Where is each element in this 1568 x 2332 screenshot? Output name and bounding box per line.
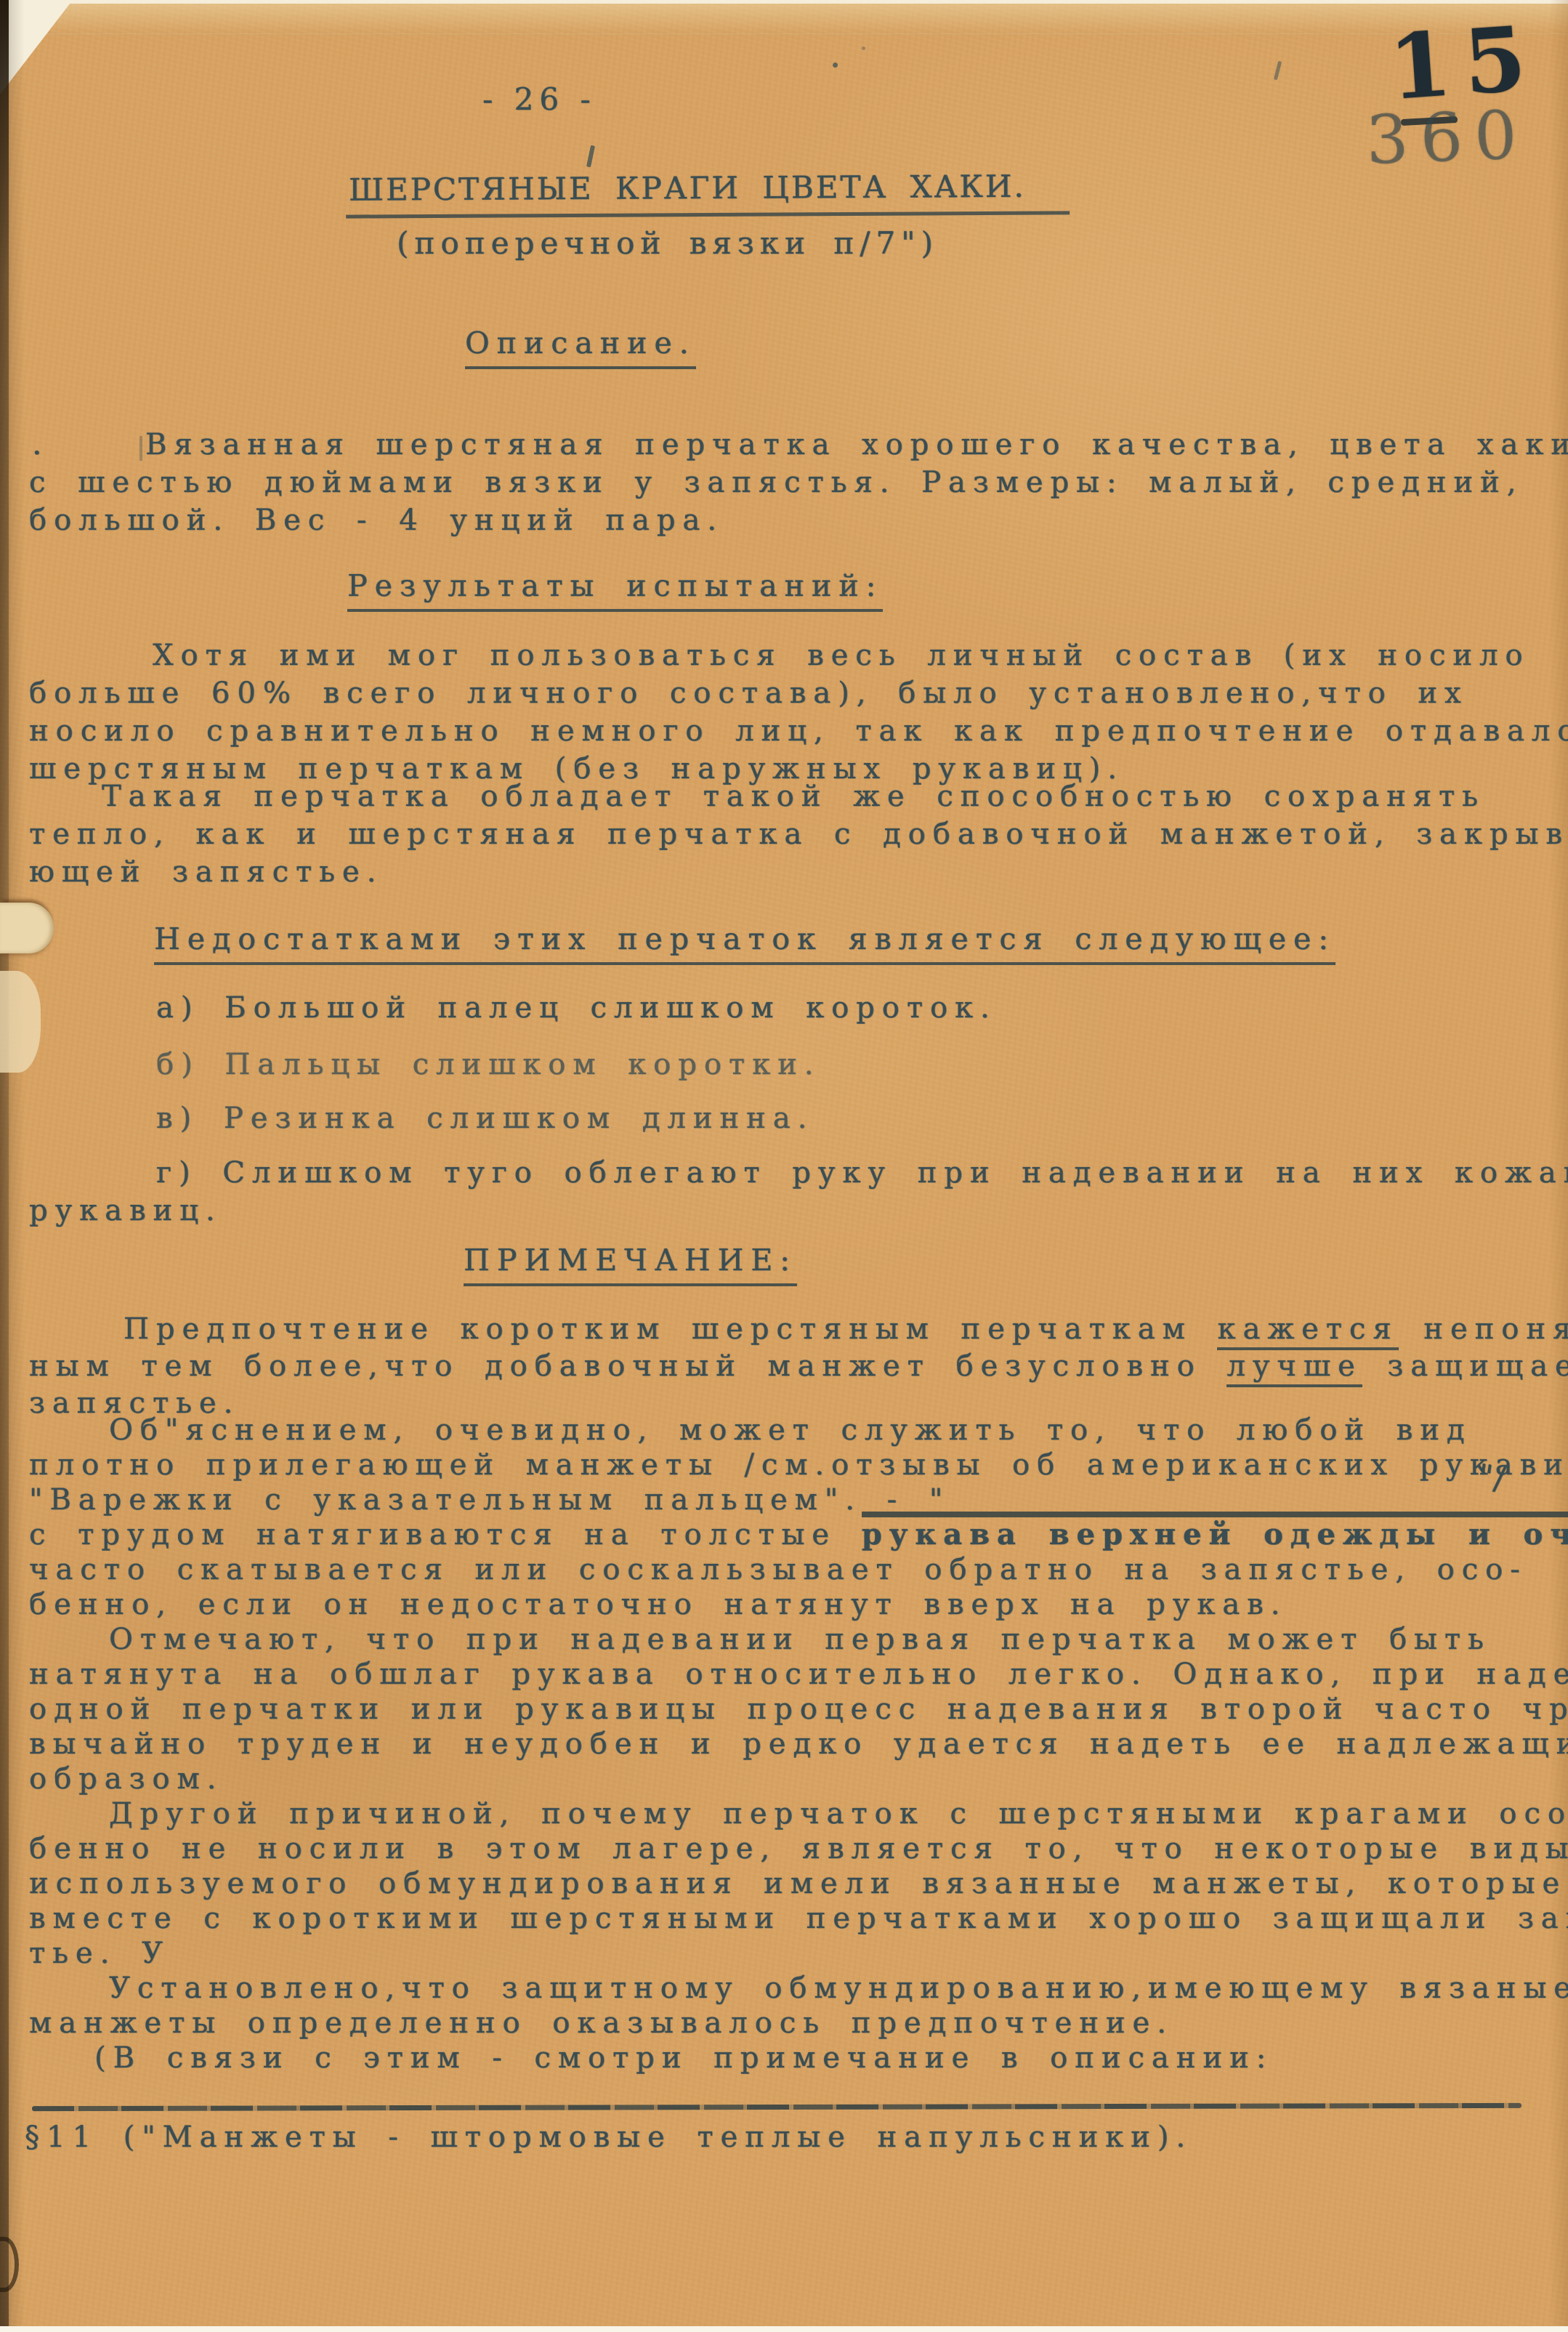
text-segment: Предпочтение коротким шерстяным перчатка… — [124, 1312, 1217, 1346]
text-line: тье. У — [29, 1936, 1568, 1971]
section-heading-test-results: Результаты испытаний: — [347, 568, 883, 612]
ink-speck — [1274, 61, 1282, 80]
text-line: (В связи с этим - смотри примечание в оп… — [29, 2041, 1568, 2075]
torn-paper-tab — [0, 903, 54, 953]
text-line: Об"яснением, очевидно, может служить то,… — [29, 1413, 1568, 1448]
text-line: используемого обмундирования имели вязан… — [29, 1866, 1568, 1901]
paragraph-description: Вязанная шерстяная перчатка хорошего кач… — [29, 426, 1568, 539]
scan-bottom-white-strip — [0, 2326, 1568, 2332]
text-line: одной перчатки или рукавицы процесс наде… — [29, 1692, 1568, 1727]
ink-speck — [586, 145, 595, 168]
footnote-reference: §11 ("Манжеты - штормовые теплые напульс… — [25, 2121, 1192, 2154]
text-line: с шестью дюймами вязки у запястья. Разме… — [29, 464, 1568, 501]
text-segment: непонят- — [1399, 1312, 1568, 1346]
underlined-word: лучше — [1226, 1349, 1362, 1387]
defect-item-a: а) Большой палец слишком короток. — [156, 991, 997, 1025]
text-line: Другой причиной, почему перчаток с шерст… — [29, 1796, 1568, 1831]
paragraph-results-1: Хотя ими мог пользоваться весь личный со… — [29, 637, 1568, 788]
text-line: Установлено,что защитному обмундированию… — [29, 1971, 1568, 2006]
left-scan-edge — [0, 0, 9, 2332]
scanned-document-page: - 26 - 15 360 ШЕРСТЯНЫЕ КРАГИ ЦВЕТА ХАКИ… — [0, 0, 1568, 2332]
text-line: бенно не носили в этом лагере, является … — [29, 1831, 1568, 1866]
text-line: рукавиц. — [29, 1192, 1568, 1230]
text-line: Такая перчатка обладает такой же способн… — [29, 778, 1568, 815]
text-line: а) Большой палец слишком короток. — [156, 991, 997, 1025]
text-line: Предпочтение коротким шерстяным перчатка… — [29, 1311, 1568, 1348]
text-line: ным тем более,что добавочный манжет безу… — [29, 1348, 1568, 1385]
text-line: ющей запястье. — [29, 853, 1568, 891]
text-line: г) Слишком туго облегают руку при надева… — [29, 1154, 1568, 1192]
text-line: в) Резинка слишком длинна. — [156, 1102, 814, 1135]
text-line: б) Пальцы слишком коротки. — [156, 1048, 820, 1081]
page-number: - 26 - — [482, 81, 597, 117]
text-segment: ным тем более,что добавочный манжет безу… — [29, 1349, 1226, 1383]
overlined-text-segment: рукава верхней одежды и очень — [862, 1512, 1568, 1552]
text-line: часто скатывается или соскальзывает обра… — [29, 1552, 1568, 1587]
ink-speck — [862, 47, 865, 50]
document-subtitle: (поперечной вязки п/7") — [397, 225, 939, 261]
document-title: ШЕРСТЯНЫЕ КРАГИ ЦВЕТА ХАКИ. — [346, 168, 1070, 218]
text-line: с трудом натягиваются на толстые рукава … — [29, 1517, 1568, 1552]
text-line: вычайно труден и неудобен и редко удаетс… — [29, 1727, 1568, 1762]
text-line: плотно прилегающей манжеты /см.отзывы об… — [29, 1448, 1568, 1482]
section-heading-defects: Недостатками этих перчаток является след… — [154, 921, 1335, 965]
text-line: натянута на обшлаг рукава относительно л… — [29, 1657, 1568, 1692]
text-segment: с трудом натягиваются на толстые — [29, 1518, 862, 1552]
ink-speck — [833, 62, 838, 68]
section-heading-description: Описание. — [465, 326, 696, 369]
scan-top-white-line — [0, 0, 1568, 4]
text-line: носило сравнительно немного лиц, так как… — [29, 712, 1568, 750]
defect-item-v: в) Резинка слишком длинна. — [156, 1102, 814, 1135]
paragraph-results-2: Такая перчатка обладает такой же способн… — [29, 778, 1568, 891]
torn-paper-chip — [0, 971, 41, 1073]
text-line: вместе с короткими шерстяными перчатками… — [29, 1901, 1568, 1936]
defect-item-g: г) Слишком туго облегают руку при надева… — [29, 1154, 1568, 1230]
text-line: Хотя ими мог пользоваться весь личный со… — [29, 637, 1568, 674]
typed-divider-rule — [32, 2103, 1521, 2111]
text-line: Вязанная шерстяная перчатка хорошего кач… — [29, 426, 1568, 464]
text-line: большой. Вес - 4 унций пара. — [29, 501, 1568, 539]
text-line: Отмечают, что при надевании первая перча… — [29, 1622, 1568, 1657]
paragraph-note-1: Предпочтение коротким шерстяным перчатка… — [29, 1311, 1568, 1422]
defect-item-b: б) Пальцы слишком коротки. — [156, 1048, 820, 1081]
archive-stamp-number: 360 — [1365, 96, 1529, 179]
paper-top-edge — [0, 0, 1568, 34]
text-line: манжеты определенно оказывалось предпочт… — [29, 2006, 1568, 2041]
text-line: бенно, если он недостаточно натянут ввер… — [29, 1587, 1568, 1622]
text-line: тепло, как и шерстяная перчатка с добаво… — [29, 815, 1568, 853]
underlined-word: кажется — [1217, 1312, 1398, 1350]
paragraph-note-2: Об"яснением, очевидно, может служить то,… — [29, 1413, 1568, 2075]
text-line: образом. — [29, 1762, 1568, 1796]
text-segment: защищает — [1362, 1349, 1568, 1383]
text-line: больше 60% всего личного состава), было … — [29, 674, 1568, 712]
section-heading-note: ПРИМЕЧАНИЕ: — [464, 1243, 797, 1286]
